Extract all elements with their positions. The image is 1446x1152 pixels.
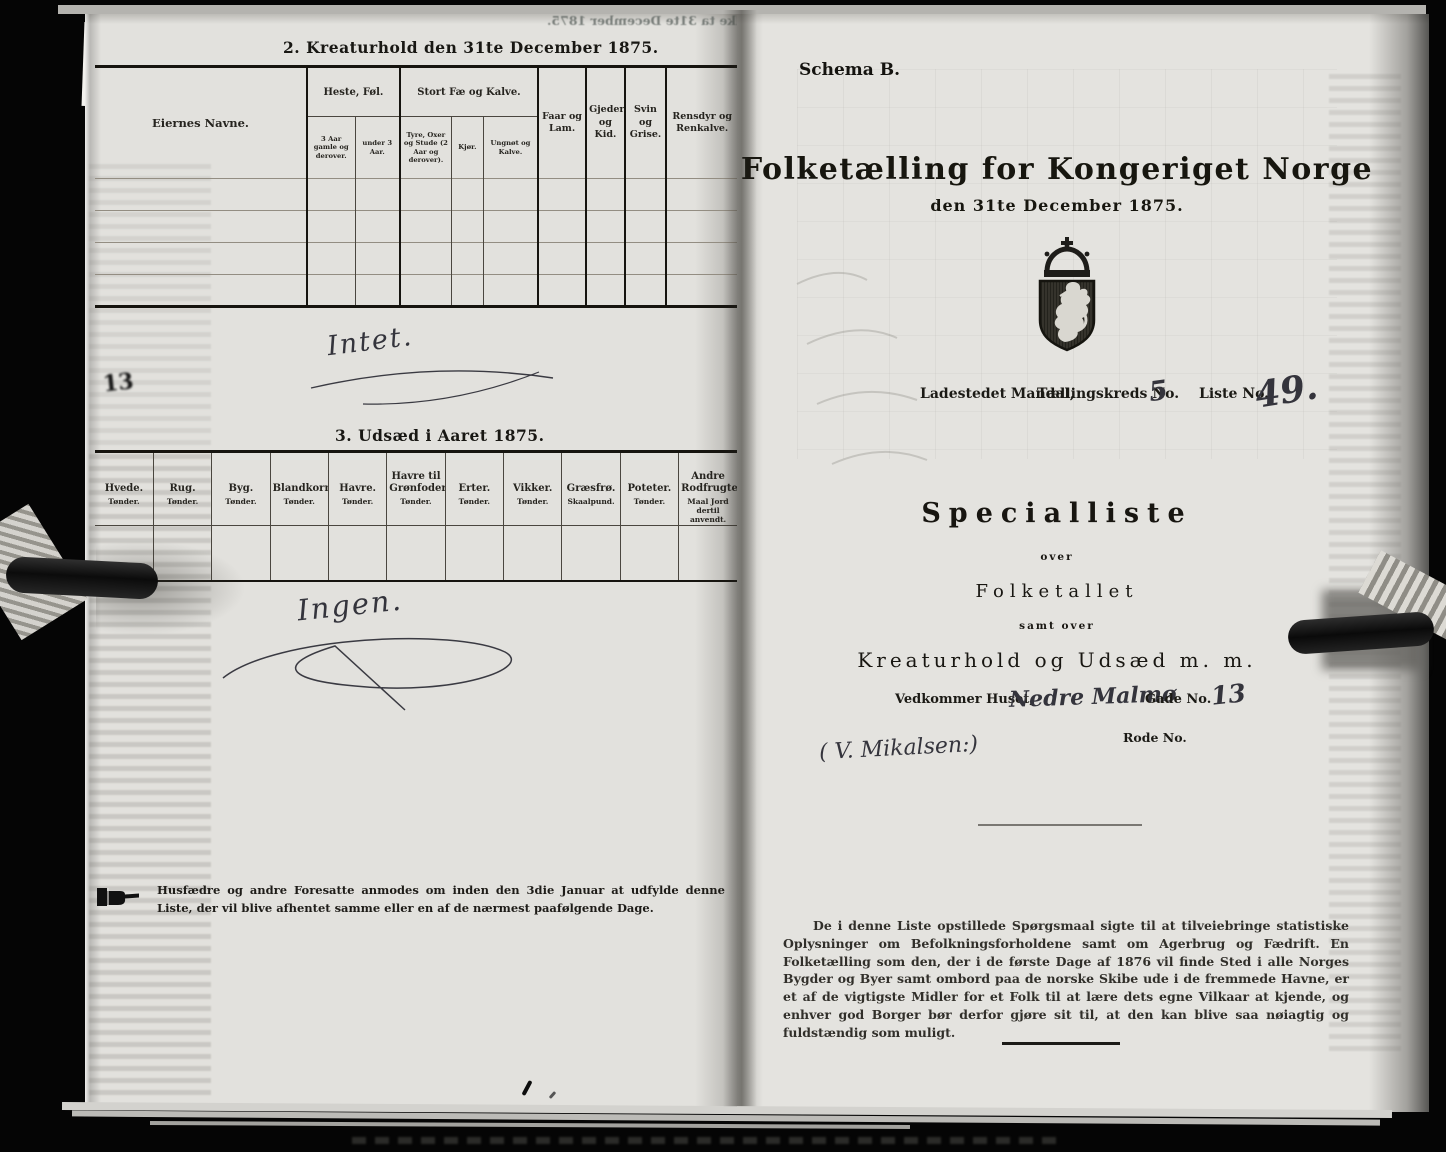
crop-col-unit: Tønder. [445,496,503,526]
col-header-ungnoet: Ungnøt og Kalve. [483,117,538,179]
heading-samt-over: samt over [737,620,1377,632]
ink-mark [549,1091,557,1099]
table-row [95,275,737,307]
crop-col-name: Havre til Grønfoder. [387,452,445,496]
gade-label: Gade No. [1145,692,1211,707]
crop-col-unit: Tønder. [212,496,270,526]
heading-kreaturhold-udsaed: Kreaturhold og Udsæd m. m. [737,648,1377,672]
col-header-kjoer: Kjør. [451,117,483,179]
crop-col-name: Erter. [445,452,503,496]
udsaed-section-title: 3. Udsæd i Aaret 1875. [335,426,544,445]
handwritten-intet: Intet. [325,321,414,362]
col-header-heste-under3: under 3 Aar. [355,117,400,179]
ingen-flourish [205,626,535,716]
crop-col-unit: Tønder. [504,496,562,526]
schema-label: Schema B. [799,60,900,80]
crop-col-unit: Tønder. [620,496,678,526]
crop-col-name: Havre. [328,452,386,496]
table-row [95,179,737,211]
crop-col-name: Byg. [212,452,270,496]
footnote-text: Husfædre og andre Foresatte anmodes om i… [157,882,725,918]
heading-folketallet: Folketallet [737,581,1377,602]
crop-col-unit: Skaalpund. [562,496,620,526]
info-paragraph: De i denne Liste opstillede Spørgsmaal s… [783,917,1349,1041]
crop-col-name: Blandkorn. [270,452,328,496]
col-header-eiernes-navne: Eiernes Navne. [95,67,307,179]
intet-flourish [303,362,563,410]
col-header-svin-og-grise: Svin og Grise. [625,67,667,179]
crop-col-name: Græsfrø. [562,452,620,496]
right-page: Schema B. Folketælling for Kongeriget No… [737,14,1429,1112]
handwritten-signature: ( V. Mikalsen:) [818,732,978,765]
norway-coat-of-arms [1032,236,1102,354]
crop-col-unit: Tønder. [153,496,211,526]
rode-label: Rode No. [1123,730,1187,745]
separator-rule [978,824,1142,826]
heading-specialliste: Specialliste [737,498,1377,529]
document-title: Folketælling for Kongeriget Norge [737,152,1377,187]
col-group-heste: Heste, Føl. [307,67,400,117]
col-header-tyre-oxer: Tyre, Oxer og Stude (2 Aar og derover). [400,117,451,179]
handwritten-house-number: 13 [1210,678,1248,710]
ink-mark [521,1080,532,1096]
bleedthrough-handwriting-ghost [777,254,997,494]
col-header-faar-og-lam: Faar og Lam. [538,67,586,179]
closing-rule [1002,1042,1120,1045]
crop-col-name: Rug. [153,452,211,496]
page-stack-edge [150,1121,910,1129]
document-date: den 31te December 1875. [737,196,1377,215]
ink-blot-13: 13 [102,368,135,397]
crop-col-unit: Tønder. [270,496,328,526]
kreaturhold-section-title: 2. Kreaturhold den 31te December 1875. [283,38,659,57]
scanner-label-ghost [352,1137,1060,1144]
table-row [95,211,737,243]
col-header-heste-3aar: 3 Aar gamle og derover. [307,117,355,179]
crop-col-name: Hvede. [95,452,153,496]
handwritten-ingen: Ingen. [296,583,405,628]
heading-over: over [737,551,1377,563]
footnote: Husfædre og andre Foresatte anmodes om i… [97,882,725,918]
crop-col-unit: Tønder. [387,496,445,526]
crop-col-unit: Tønder. [95,496,153,526]
crop-col-unit: Tønder. [328,496,386,526]
book-fold-shadow [723,10,757,1114]
kreaturhold-table: Eiernes Navne. Heste, Føl. Stort Fæ og K… [95,65,737,308]
col-header-gjeder-og-kid: Gjeder og Kid. [586,67,625,179]
crop-col-name: Poteter. [620,452,678,496]
crop-col-name: Vikker. [504,452,562,496]
pointing-hand-icon [97,884,141,912]
table-row [95,243,737,275]
list-heading: Specialliste over Folketallet samt over … [737,498,1377,672]
col-group-stort-fae: Stort Fæ og Kalve. [400,67,538,117]
